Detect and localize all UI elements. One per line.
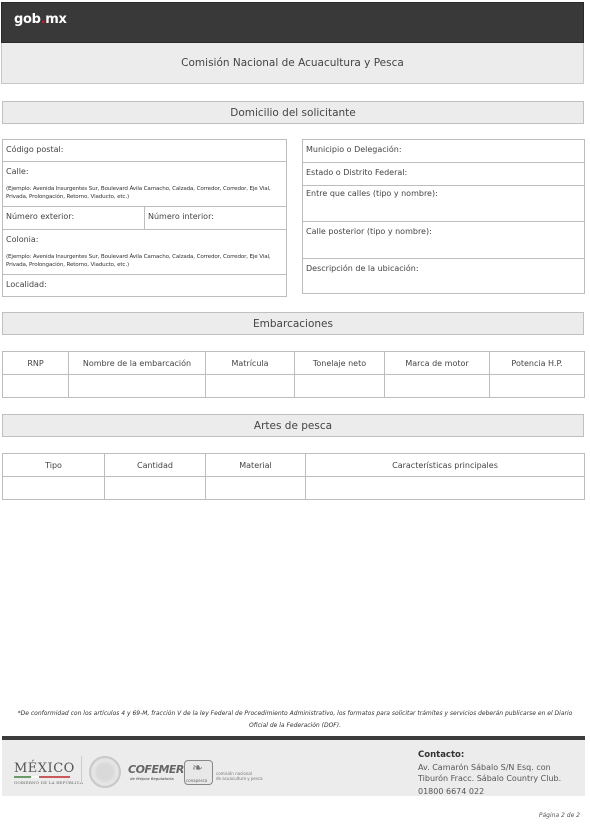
- field-calle-posterior[interactable]: Calle posterior (tipo y nombre):: [303, 222, 584, 259]
- agency-title: Comisión Nacional de Acuacultura y Pesca: [1, 43, 584, 84]
- column-header: Características principales: [306, 454, 585, 477]
- page-number: Página 2 de 2: [539, 812, 580, 819]
- mexico-logo-subtitle: GOBIERNO DE LA REPÚBLICA: [14, 780, 83, 785]
- logo-divider: [81, 756, 82, 784]
- conapesca-text: comisión nacionalde acuacultura y pesca: [216, 771, 263, 781]
- column-header: Material: [206, 454, 306, 477]
- conapesca-text-line2: de acuacultura y pesca: [216, 776, 263, 781]
- cell-caracteristicas[interactable]: [306, 477, 585, 500]
- column-header: Nombre de la embarcación: [69, 352, 206, 375]
- section-embarcaciones-title: Embarcaciones: [2, 312, 584, 335]
- field-localidad[interactable]: Localidad:: [3, 275, 286, 297]
- column-header: Tonelaje neto: [295, 352, 385, 375]
- table-header-row: RNP Nombre de la embarcación Matrícula T…: [3, 352, 585, 375]
- field-codigo-postal[interactable]: Código postal:: [3, 140, 286, 162]
- artes-table: Tipo Cantidad Material Características p…: [2, 453, 585, 500]
- divider: [144, 207, 145, 229]
- table-header-row: Tipo Cantidad Material Características p…: [3, 454, 585, 477]
- column-header: Cantidad: [105, 454, 206, 477]
- cell-cantidad[interactable]: [105, 477, 206, 500]
- label-numero-exterior[interactable]: Número exterior:: [6, 212, 74, 221]
- column-header: Matrícula: [206, 352, 295, 375]
- hint-calle: (Ejemplo: Avenida Insurgentes Sur, Boule…: [6, 186, 284, 201]
- brand-prefix: gob: [14, 12, 41, 27]
- legal-footnote: *De conformidad con los artículos 4 y 69…: [10, 708, 580, 732]
- field-estado[interactable]: Estado o Distrito Federal:: [303, 163, 584, 186]
- field-entre-calles[interactable]: Entre que calles (tipo y nombre):: [303, 186, 584, 222]
- cell-tipo[interactable]: [3, 477, 105, 500]
- label-municipio: Municipio o Delegación:: [306, 145, 402, 154]
- field-calle[interactable]: Calle: (Ejemplo: Avenida Insurgentes Sur…: [3, 162, 286, 207]
- field-descripcion[interactable]: Descripción de la ubicación:: [303, 259, 584, 295]
- conapesca-fish-icon: ❧: [192, 761, 203, 776]
- section-domicilio-title: Domicilio del solicitante: [2, 101, 584, 124]
- flag-stripe: [14, 776, 70, 778]
- label-colonia: Colonia:: [6, 235, 39, 244]
- embarcaciones-table: RNP Nombre de la embarcación Matrícula T…: [2, 351, 585, 398]
- cell-nombre[interactable]: [69, 375, 206, 398]
- field-colonia[interactable]: Colonia: (Ejemplo: Avenida Insurgentes S…: [3, 230, 286, 275]
- cell-material[interactable]: [206, 477, 306, 500]
- conapesca-label: conapesca: [186, 778, 207, 783]
- label-numero-interior[interactable]: Número interior:: [148, 212, 214, 221]
- column-header: RNP: [3, 352, 69, 375]
- hint-colonia: (Ejemplo: Avenida Insurgentes Sur, Boule…: [6, 254, 284, 269]
- label-calle: Calle:: [6, 167, 29, 176]
- label-entre-calles: Entre que calles (tipo y nombre):: [306, 189, 438, 198]
- cell-marca-motor[interactable]: [385, 375, 490, 398]
- label-estado: Estado o Distrito Federal:: [306, 168, 407, 177]
- cell-matricula[interactable]: [206, 375, 295, 398]
- table-row: [3, 375, 585, 398]
- contact-address-line2: Tiburón Fracc. Sábalo Country Club.: [418, 774, 561, 783]
- label-calle-posterior: Calle posterior (tipo y nombre):: [306, 227, 432, 236]
- national-seal-icon: [89, 756, 121, 788]
- cell-potencia[interactable]: [490, 375, 585, 398]
- column-header: Potencia H.P.: [490, 352, 585, 375]
- label-descripcion: Descripción de la ubicación:: [306, 264, 419, 273]
- brand-suffix: mx: [45, 12, 66, 27]
- mexico-logo: MÉXICO: [14, 761, 75, 776]
- address-right-box: Municipio o Delegación: Estado o Distrit…: [302, 139, 585, 294]
- column-header: Tipo: [3, 454, 105, 477]
- top-bar: [1, 2, 584, 43]
- label-codigo-postal: Código postal:: [6, 145, 63, 154]
- contact-phone[interactable]: 01800 6674 022: [418, 787, 484, 796]
- section-artes-title: Artes de pesca: [2, 414, 584, 437]
- contact-address-line1: Av. Camarón Sábalo S/N Esq. con: [418, 763, 551, 772]
- label-localidad: Localidad:: [6, 280, 47, 289]
- field-municipio[interactable]: Municipio o Delegación:: [303, 140, 584, 163]
- cell-rnp[interactable]: [3, 375, 69, 398]
- address-left-box: Código postal: Calle: (Ejemplo: Avenida …: [2, 139, 287, 297]
- row-numeros: Número exterior: Número interior:: [3, 207, 286, 230]
- contact-title: Contacto:: [418, 750, 464, 760]
- column-header: Marca de motor: [385, 352, 490, 375]
- table-row: [3, 477, 585, 500]
- cell-tonelaje[interactable]: [295, 375, 385, 398]
- cofemer-subtitle: de Mejora Regulatoria: [130, 777, 174, 781]
- cofemer-logo: COFEMER: [128, 763, 184, 776]
- gobmx-logo[interactable]: gob.mx: [14, 12, 67, 27]
